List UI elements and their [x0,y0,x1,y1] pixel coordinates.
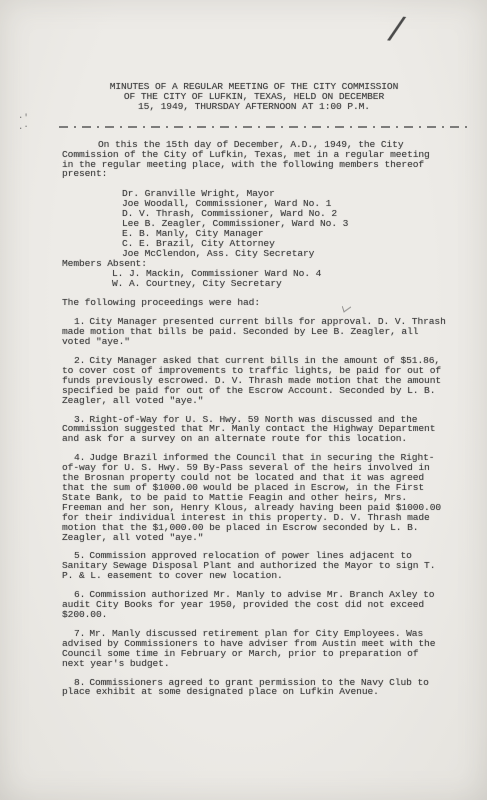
intro-paragraph: On this the 15th day of December, A.D., … [62,140,446,180]
absent-list: L. J. Mackin, Commissioner Ward No. 4 W.… [112,269,446,289]
minutes-item-7: 7.Mr. Manly discussed retirement plan fo… [62,629,446,669]
proceedings-intro: The following proceedings were had: [62,298,446,308]
minutes-item-2: 2.City Manager asked that current bills … [62,356,446,406]
dashed-separator [59,126,468,128]
document-title: MINUTES OF A REGULAR MEETING OF THE CITY… [62,82,446,112]
handwritten-slash-mark: / [384,15,408,51]
minutes-item-8: 8.Commissioners agreed to grant permissi… [62,678,446,698]
minutes-item-5: 5.Commission approved relocation of powe… [62,551,446,581]
item-text: Right-of-Way for U. S. Hwy. 59 North was… [62,414,435,445]
document-body: MINUTES OF A REGULAR MEETING OF THE CITY… [62,82,446,697]
item-text: Commission authorized Mr. Manly to advis… [62,589,434,620]
absent-row: W. A. Courtney, City Secretary [112,279,446,289]
item-text: City Manager presented current bills for… [62,316,446,347]
item-text: Judge Brazil informed the Council that i… [62,452,441,542]
minutes-item-6: 6.Commission authorized Mr. Manly to adv… [62,590,446,620]
minutes-item-3: 3.Right-of-Way for U. S. Hwy. 59 North w… [62,415,446,445]
item-text: Commission approved relocation of power … [62,550,435,581]
absent-row: L. J. Mackin, Commissioner Ward No. 4 [112,269,446,279]
pencil-margin-marks: ·' .· [18,114,40,132]
attendee-row: Joe McClendon, Ass. City Secretary [122,249,446,259]
minutes-item-1: 1.City Manager presented current bills f… [62,317,446,347]
attendee-list: Dr. Granville Wright, Mayor Joe Woodall,… [122,189,446,258]
minutes-item-4: 4.Judge Brazil informed the Council that… [62,453,446,542]
item-text: City Manager asked that current bills in… [62,355,441,406]
item-text: Commissioners agreed to grant permission… [62,677,429,698]
scanned-minutes-page: / ·' .· MINUTES OF A REGULAR MEETING OF … [0,0,487,800]
title-line-3: 15, 1949, THURSDAY AFTERNOON AT 1:00 P.M… [62,102,446,112]
item-text: Mr. Manly discussed retirement plan for … [62,628,435,669]
